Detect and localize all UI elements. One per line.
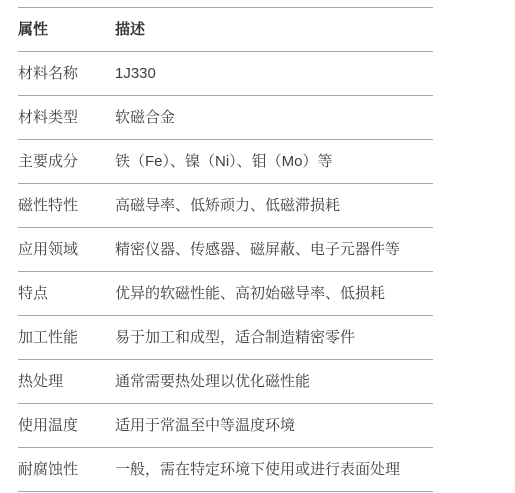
property-cell: 加工性能 <box>18 316 115 360</box>
table-row: 材料名称 1J330 <box>18 52 433 96</box>
description-cell: 通常需要热处理以优化磁性能 <box>115 360 433 404</box>
property-cell: 应用领域 <box>18 228 115 272</box>
property-cell: 材料名称 <box>18 52 115 96</box>
table-row: 使用温度 适用于常温至中等温度环境 <box>18 404 433 448</box>
material-properties-table: 属性 描述 材料名称 1J330 材料类型 软磁合金 主要成分 铁（Fe）、镍（… <box>18 7 433 492</box>
property-cell: 磁性特性 <box>18 184 115 228</box>
table-header: 属性 描述 <box>18 8 433 52</box>
property-cell: 使用温度 <box>18 404 115 448</box>
description-cell: 适用于常温至中等温度环境 <box>115 404 433 448</box>
table-row: 热处理 通常需要热处理以优化磁性能 <box>18 360 433 404</box>
header-property: 属性 <box>18 8 115 52</box>
description-cell: 软磁合金 <box>115 96 433 140</box>
table-row: 材料类型 软磁合金 <box>18 96 433 140</box>
description-cell: 易于加工和成型，适合制造精密零件 <box>115 316 433 360</box>
property-cell: 耐腐蚀性 <box>18 448 115 492</box>
description-cell: 精密仪器、传感器、磁屏蔽、电子元器件等 <box>115 228 433 272</box>
description-cell: 铁（Fe）、镍（Ni）、钼（Mo）等 <box>115 140 433 184</box>
description-cell: 一般，需在特定环境下使用或进行表面处理 <box>115 448 433 492</box>
description-cell: 优异的软磁性能、高初始磁导率、低损耗 <box>115 272 433 316</box>
description-cell: 1J330 <box>115 52 433 96</box>
property-cell: 材料类型 <box>18 96 115 140</box>
property-cell: 热处理 <box>18 360 115 404</box>
table-row: 主要成分 铁（Fe）、镍（Ni）、钼（Mo）等 <box>18 140 433 184</box>
table-row: 特点 优异的软磁性能、高初始磁导率、低损耗 <box>18 272 433 316</box>
table-row: 加工性能 易于加工和成型，适合制造精密零件 <box>18 316 433 360</box>
table-row: 磁性特性 高磁导率、低矫顽力、低磁滞损耗 <box>18 184 433 228</box>
table-row: 耐腐蚀性 一般，需在特定环境下使用或进行表面处理 <box>18 448 433 492</box>
header-description: 描述 <box>115 8 433 52</box>
description-cell: 高磁导率、低矫顽力、低磁滞损耗 <box>115 184 433 228</box>
header-row: 属性 描述 <box>18 8 433 52</box>
property-cell: 主要成分 <box>18 140 115 184</box>
property-cell: 特点 <box>18 272 115 316</box>
table-row: 应用领域 精密仪器、传感器、磁屏蔽、电子元器件等 <box>18 228 433 272</box>
table-body: 材料名称 1J330 材料类型 软磁合金 主要成分 铁（Fe）、镍（Ni）、钼（… <box>18 52 433 492</box>
